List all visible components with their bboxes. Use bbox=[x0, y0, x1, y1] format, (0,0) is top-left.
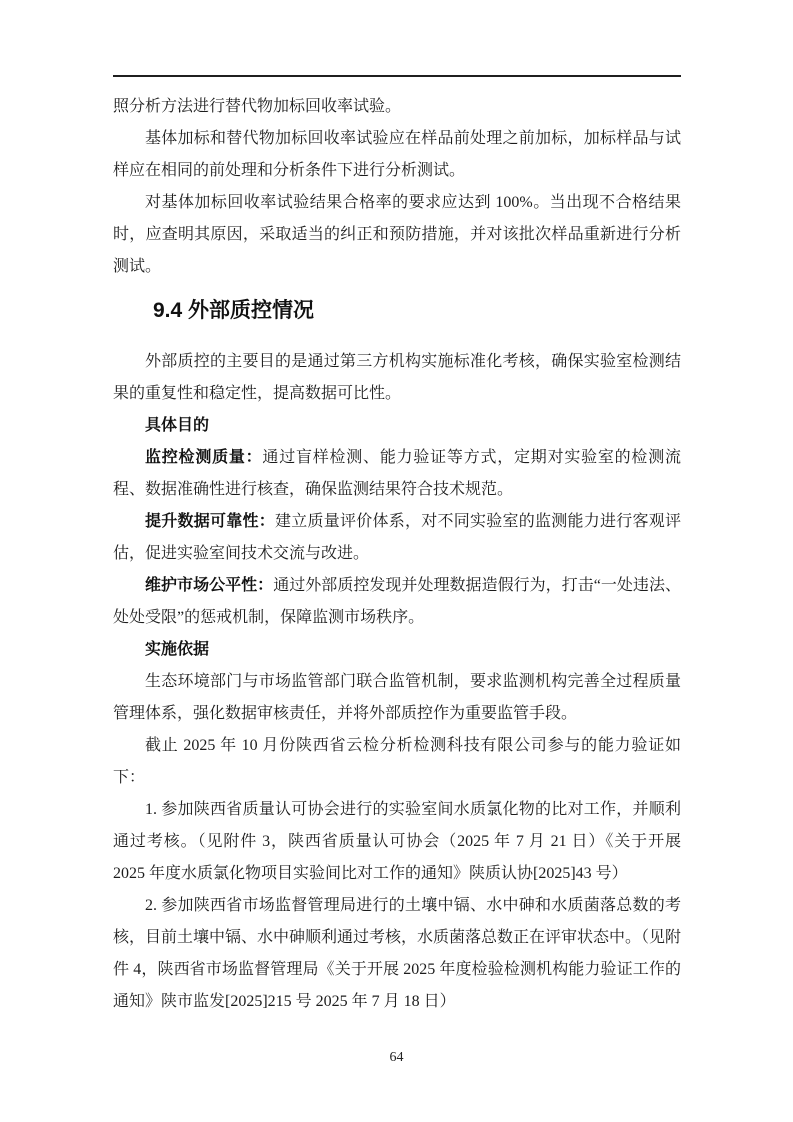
goal-lead-quality: 监控检测质量： bbox=[145, 449, 262, 466]
section-heading: 9.4 外部质控情况 bbox=[113, 298, 681, 324]
goal-lead-reliability: 提升数据可靠性： bbox=[145, 513, 275, 530]
page-number: 64 bbox=[0, 1050, 793, 1066]
subheading-basis: 实施依据 bbox=[113, 634, 681, 666]
paragraph-continuation: 照分析方法进行替代物加标回收率试验。 bbox=[113, 91, 681, 123]
paragraph-intro: 截止 2025 年 10 月份陕西省云检分析检测科技有限公司参与的能力验证如下： bbox=[113, 730, 681, 794]
list-item-2: 2. 参加陕西省市场监督管理局进行的土壤中镉、水中砷和水质菌落总数的考核，目前土… bbox=[113, 890, 681, 1018]
paragraph-purpose: 外部质控的主要目的是通过第三方机构实施标准化考核，确保实验室检测结果的重复性和稳… bbox=[113, 346, 681, 410]
paragraph-basis: 生态环境部门与市场监管部门联合监管机制，要求监测机构完善全过程质量管理体系，强化… bbox=[113, 666, 681, 730]
paragraph-matrix-spike: 基体加标和替代物加标回收率试验应在样品前处理之前加标，加标样品与试样应在相同的前… bbox=[113, 123, 681, 187]
paragraph-pass-rate: 对基体加标回收率试验结果合格率的要求应达到 100%。当出现不合格结果时，应查明… bbox=[113, 187, 681, 283]
document-page: 照分析方法进行替代物加标回收率试验。 基体加标和替代物加标回收率试验应在样品前处… bbox=[0, 0, 793, 1122]
page-content: 照分析方法进行替代物加标回收率试验。 基体加标和替代物加标回收率试验应在样品前处… bbox=[113, 91, 681, 1018]
goal-item-quality: 监控检测质量：通过盲样检测、能力验证等方式，定期对实验室的检测流程、数据准确性进… bbox=[113, 442, 681, 506]
goal-lead-fairness: 维护市场公平性： bbox=[145, 577, 273, 594]
goal-item-reliability: 提升数据可靠性：建立质量评价体系，对不同实验室的监测能力进行客观评估，促进实验室… bbox=[113, 506, 681, 570]
subheading-goals: 具体目的 bbox=[113, 410, 681, 442]
goal-item-fairness: 维护市场公平性：通过外部质控发现并处理数据造假行为，打击“一处违法、处处受限”的… bbox=[113, 570, 681, 634]
list-item-1: 1. 参加陕西省质量认可协会进行的实验室间水质氯化物的比对工作，并顺利通过考核。… bbox=[113, 794, 681, 890]
header-rule bbox=[113, 75, 681, 77]
